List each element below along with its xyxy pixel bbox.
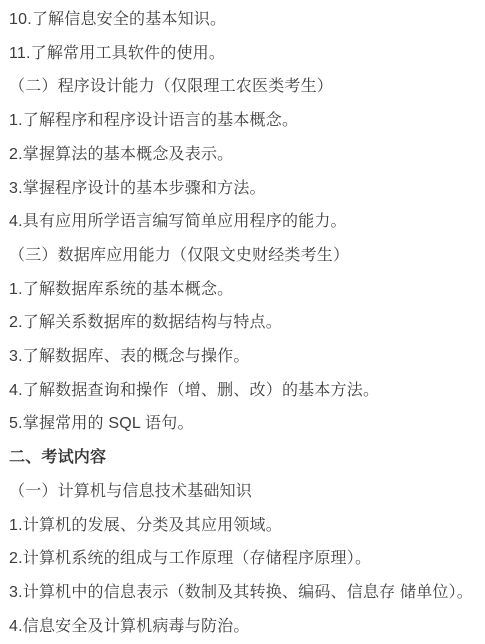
paragraph: （二）程序设计能力（仅限理工农医类考生）: [9, 70, 481, 104]
paragraph: 4.具有应用所学语言编写简单应用程序的能力。: [9, 205, 481, 239]
paragraph: 1.了解数据库系统的基本概念。: [9, 273, 481, 307]
document-body: 10.了解信息安全的基本知识。11.了解常用工具软件的使用。（二）程序设计能力（…: [9, 3, 481, 643]
paragraph: 1.计算机的发展、分类及其应用领域。: [9, 509, 481, 543]
paragraph: 3.计算机中的信息表示（数制及其转换、编码、信息存 储单位）。: [9, 576, 481, 610]
paragraph: （三）数据库应用能力（仅限文史财经类考生）: [9, 239, 481, 273]
paragraph: 2.掌握算法的基本概念及表示。: [9, 138, 481, 172]
paragraph: 2.计算机系统的组成与工作原理（存储程序原理）。: [9, 542, 481, 576]
paragraph: 二、考试内容: [9, 441, 481, 475]
paragraph: 5.掌握常用的 SQL 语句。: [9, 407, 481, 441]
document-page: 10.了解信息安全的基本知识。11.了解常用工具软件的使用。（二）程序设计能力（…: [0, 0, 485, 644]
paragraph: 1.了解程序和程序设计语言的基本概念。: [9, 104, 481, 138]
paragraph: （一）计算机与信息技术基础知识: [9, 475, 481, 509]
paragraph: 4.了解数据查询和操作（增、删、改）的基本方法。: [9, 374, 481, 408]
paragraph: 10.了解信息安全的基本知识。: [9, 3, 481, 37]
paragraph: 4.信息安全及计算机病毒与防治。: [9, 610, 481, 644]
paragraph: 2.了解关系数据库的数据结构与特点。: [9, 306, 481, 340]
paragraph: 3.了解数据库、表的概念与操作。: [9, 340, 481, 374]
paragraph: 3.掌握程序设计的基本步骤和方法。: [9, 172, 481, 206]
paragraph: 11.了解常用工具软件的使用。: [9, 37, 481, 71]
